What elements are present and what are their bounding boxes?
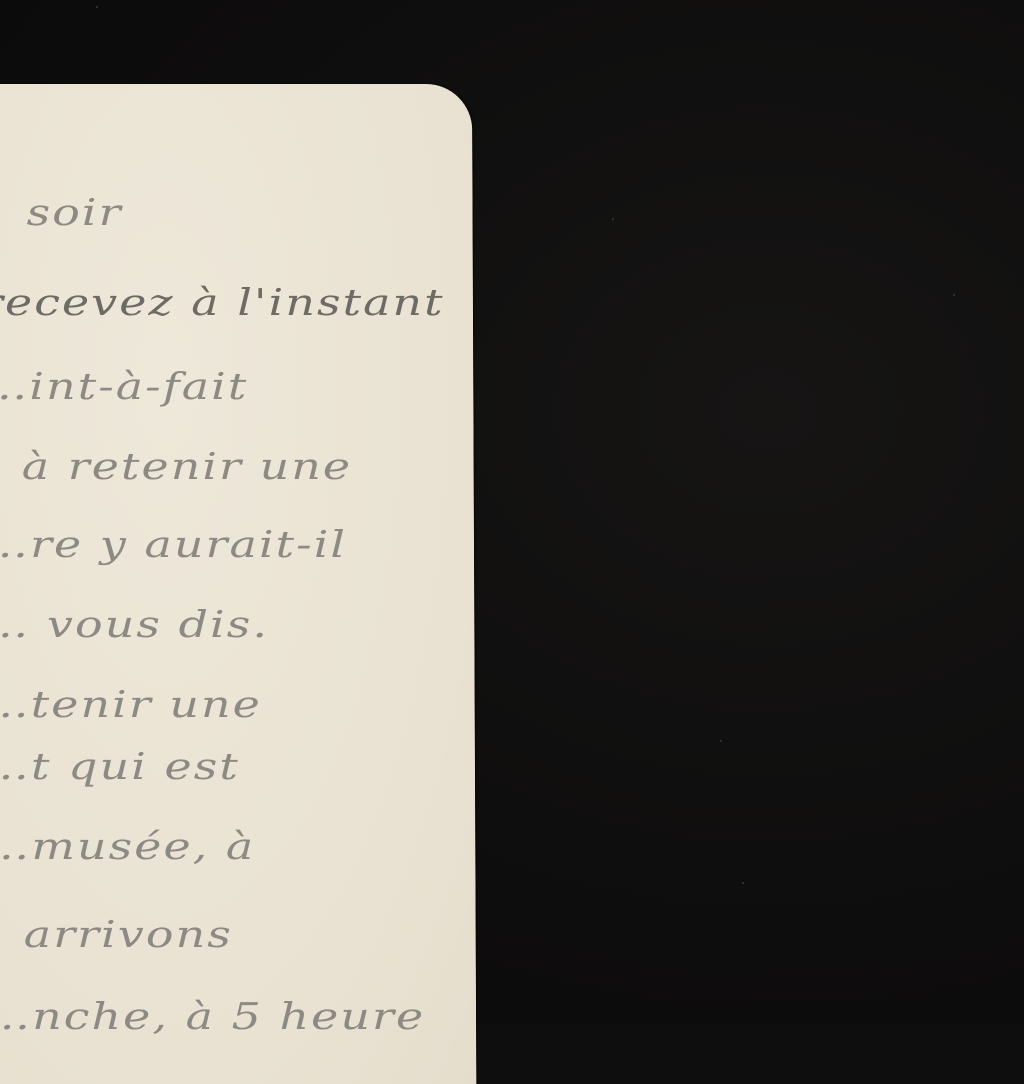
handwritten-line-2: recevez à l'instant <box>0 281 445 324</box>
dust-speck <box>953 294 955 296</box>
dust-speck <box>96 6 98 8</box>
handwritten-line-3: …int-à-fait <box>0 365 248 408</box>
handwritten-line-5: …re y aurait-il <box>0 523 347 566</box>
handwritten-line-1: soir <box>26 191 122 234</box>
handwritten-line-11: …nche, à 5 heure <box>0 995 425 1024</box>
handwritten-line-6: … vous dis. <box>0 603 269 646</box>
dust-speck <box>612 218 614 220</box>
handwritten-line-7: …tenir une <box>0 683 262 726</box>
handwritten-line-10: arrivons <box>24 913 233 956</box>
handwritten-line-8: …t qui est <box>0 745 240 788</box>
dust-speck <box>742 882 744 884</box>
dust-speck <box>720 740 722 742</box>
handwritten-line-9: …musée, à <box>0 825 255 868</box>
handwritten-line-4: à retenir une <box>22 445 353 488</box>
letter-card: soir recevez à l'instant …int-à-fait à r… <box>0 84 476 1024</box>
